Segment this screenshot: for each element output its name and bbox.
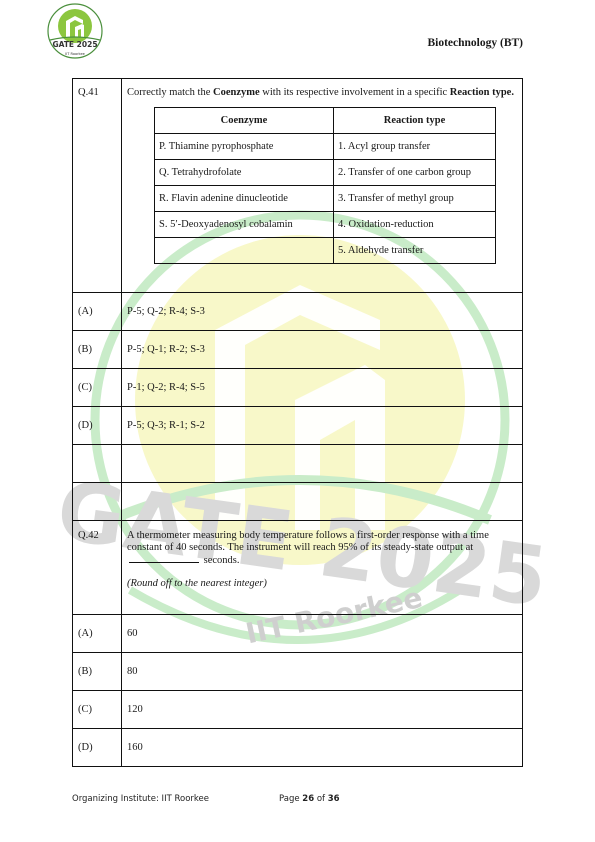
empty-row xyxy=(73,483,523,521)
match-table-row: R. Flavin adenine dinucleotide 3. Transf… xyxy=(155,186,496,212)
match-cell: 2. Transfer of one carbon group xyxy=(334,160,496,186)
option-row: (D) 160 xyxy=(73,729,523,767)
stem-after-blank: seconds. xyxy=(204,555,240,566)
question-number: Q.41 xyxy=(73,79,122,293)
option-text: P-5; Q-1; R-2; S-3 xyxy=(122,331,523,369)
option-row: (C) 120 xyxy=(73,691,523,729)
match-cell: P. Thiamine pyrophosphate xyxy=(155,134,334,160)
option-text: 60 xyxy=(122,615,523,653)
option-label: (A) xyxy=(73,293,122,331)
match-cell: 5. Aldehyde transfer xyxy=(334,238,496,264)
question-content: A thermometer measuring body temperature… xyxy=(122,521,523,615)
page-total: 36 xyxy=(328,794,340,804)
question-table: Q.41 Correctly match the Coenzyme with i… xyxy=(72,78,523,767)
match-table: Coenzyme Reaction type P. Thiamine pyrop… xyxy=(154,107,496,264)
question-row: Q.42 A thermometer measuring body temper… xyxy=(73,521,523,615)
option-label: (D) xyxy=(73,407,122,445)
stem-before-blank: A thermometer measuring body temperature… xyxy=(127,530,489,553)
option-text: 160 xyxy=(122,729,523,767)
option-row: (A) P-5; Q-2; R-4; S-3 xyxy=(73,293,523,331)
option-text: P-5; Q-3; R-1; S-2 xyxy=(122,407,523,445)
match-table-row: S. 5′-Deoxyadenosyl cobalamin 4. Oxidati… xyxy=(155,212,496,238)
option-row: (A) 60 xyxy=(73,615,523,653)
empty-cell xyxy=(73,483,122,521)
answer-blank xyxy=(129,553,199,563)
option-row: (C) P-1; Q-2; R-4; S-5 xyxy=(73,369,523,407)
question-stem: Correctly match the Coenzyme with its re… xyxy=(127,87,516,99)
match-header-coenzyme: Coenzyme xyxy=(155,108,334,134)
match-cell: Q. Tetrahydrofolate xyxy=(155,160,334,186)
page-of: of xyxy=(317,794,325,804)
option-label: (B) xyxy=(73,331,122,369)
match-cell: 4. Oxidation-reduction xyxy=(334,212,496,238)
match-header-reaction-type: Reaction type xyxy=(334,108,496,134)
option-row: (B) 80 xyxy=(73,653,523,691)
empty-cell xyxy=(73,445,122,483)
stem-part-bold: Reaction type. xyxy=(450,87,514,98)
option-label: (C) xyxy=(73,691,122,729)
page-prefix: Page xyxy=(279,794,300,804)
gate-2025-logo: GATE 2025 IIT Roorkee xyxy=(44,2,106,64)
match-table-row: Q. Tetrahydrofolate 2. Transfer of one c… xyxy=(155,160,496,186)
stem-part: Correctly match the xyxy=(127,87,213,98)
match-cell: R. Flavin adenine dinucleotide xyxy=(155,186,334,212)
option-text: P-5; Q-2; R-4; S-3 xyxy=(122,293,523,331)
page-current: 26 xyxy=(302,794,314,804)
match-table-row: 5. Aldehyde transfer xyxy=(155,238,496,264)
match-cell xyxy=(155,238,334,264)
match-cell: 1. Acyl group transfer xyxy=(334,134,496,160)
subject-header: Biotechnology (BT) xyxy=(427,37,523,49)
option-row: (D) P-5; Q-3; R-1; S-2 xyxy=(73,407,523,445)
option-label: (A) xyxy=(73,615,122,653)
option-text: 80 xyxy=(122,653,523,691)
match-table-header: Coenzyme Reaction type xyxy=(155,108,496,134)
option-text: 120 xyxy=(122,691,523,729)
option-text: P-1; Q-2; R-4; S-5 xyxy=(122,369,523,407)
match-table-row: P. Thiamine pyrophosphate 1. Acyl group … xyxy=(155,134,496,160)
logo-text: GATE 2025 xyxy=(52,40,97,49)
option-label: (C) xyxy=(73,369,122,407)
option-label: (D) xyxy=(73,729,122,767)
question-content: Correctly match the Coenzyme with its re… xyxy=(122,79,523,293)
question-number: Q.42 xyxy=(73,521,122,615)
match-cell: 3. Transfer of methyl group xyxy=(334,186,496,212)
stem-part: with its respective involvement in a spe… xyxy=(260,87,450,98)
option-label: (B) xyxy=(73,653,122,691)
rounding-note: (Round off to the nearest integer) xyxy=(127,578,516,590)
logo-subtext: IIT Roorkee xyxy=(65,52,85,56)
empty-cell xyxy=(122,445,523,483)
question-row: Q.41 Correctly match the Coenzyme with i… xyxy=(73,79,523,293)
empty-row xyxy=(73,445,523,483)
empty-cell xyxy=(122,483,523,521)
option-row: (B) P-5; Q-1; R-2; S-3 xyxy=(73,331,523,369)
stem-part-bold: Coenzyme xyxy=(213,87,260,98)
footer-page-number: Page 26 of 36 xyxy=(279,794,340,804)
match-cell: S. 5′-Deoxyadenosyl cobalamin xyxy=(155,212,334,238)
question-stem: A thermometer measuring body temperature… xyxy=(127,530,516,567)
footer-organizer: Organizing Institute: IIT Roorkee xyxy=(72,794,209,804)
